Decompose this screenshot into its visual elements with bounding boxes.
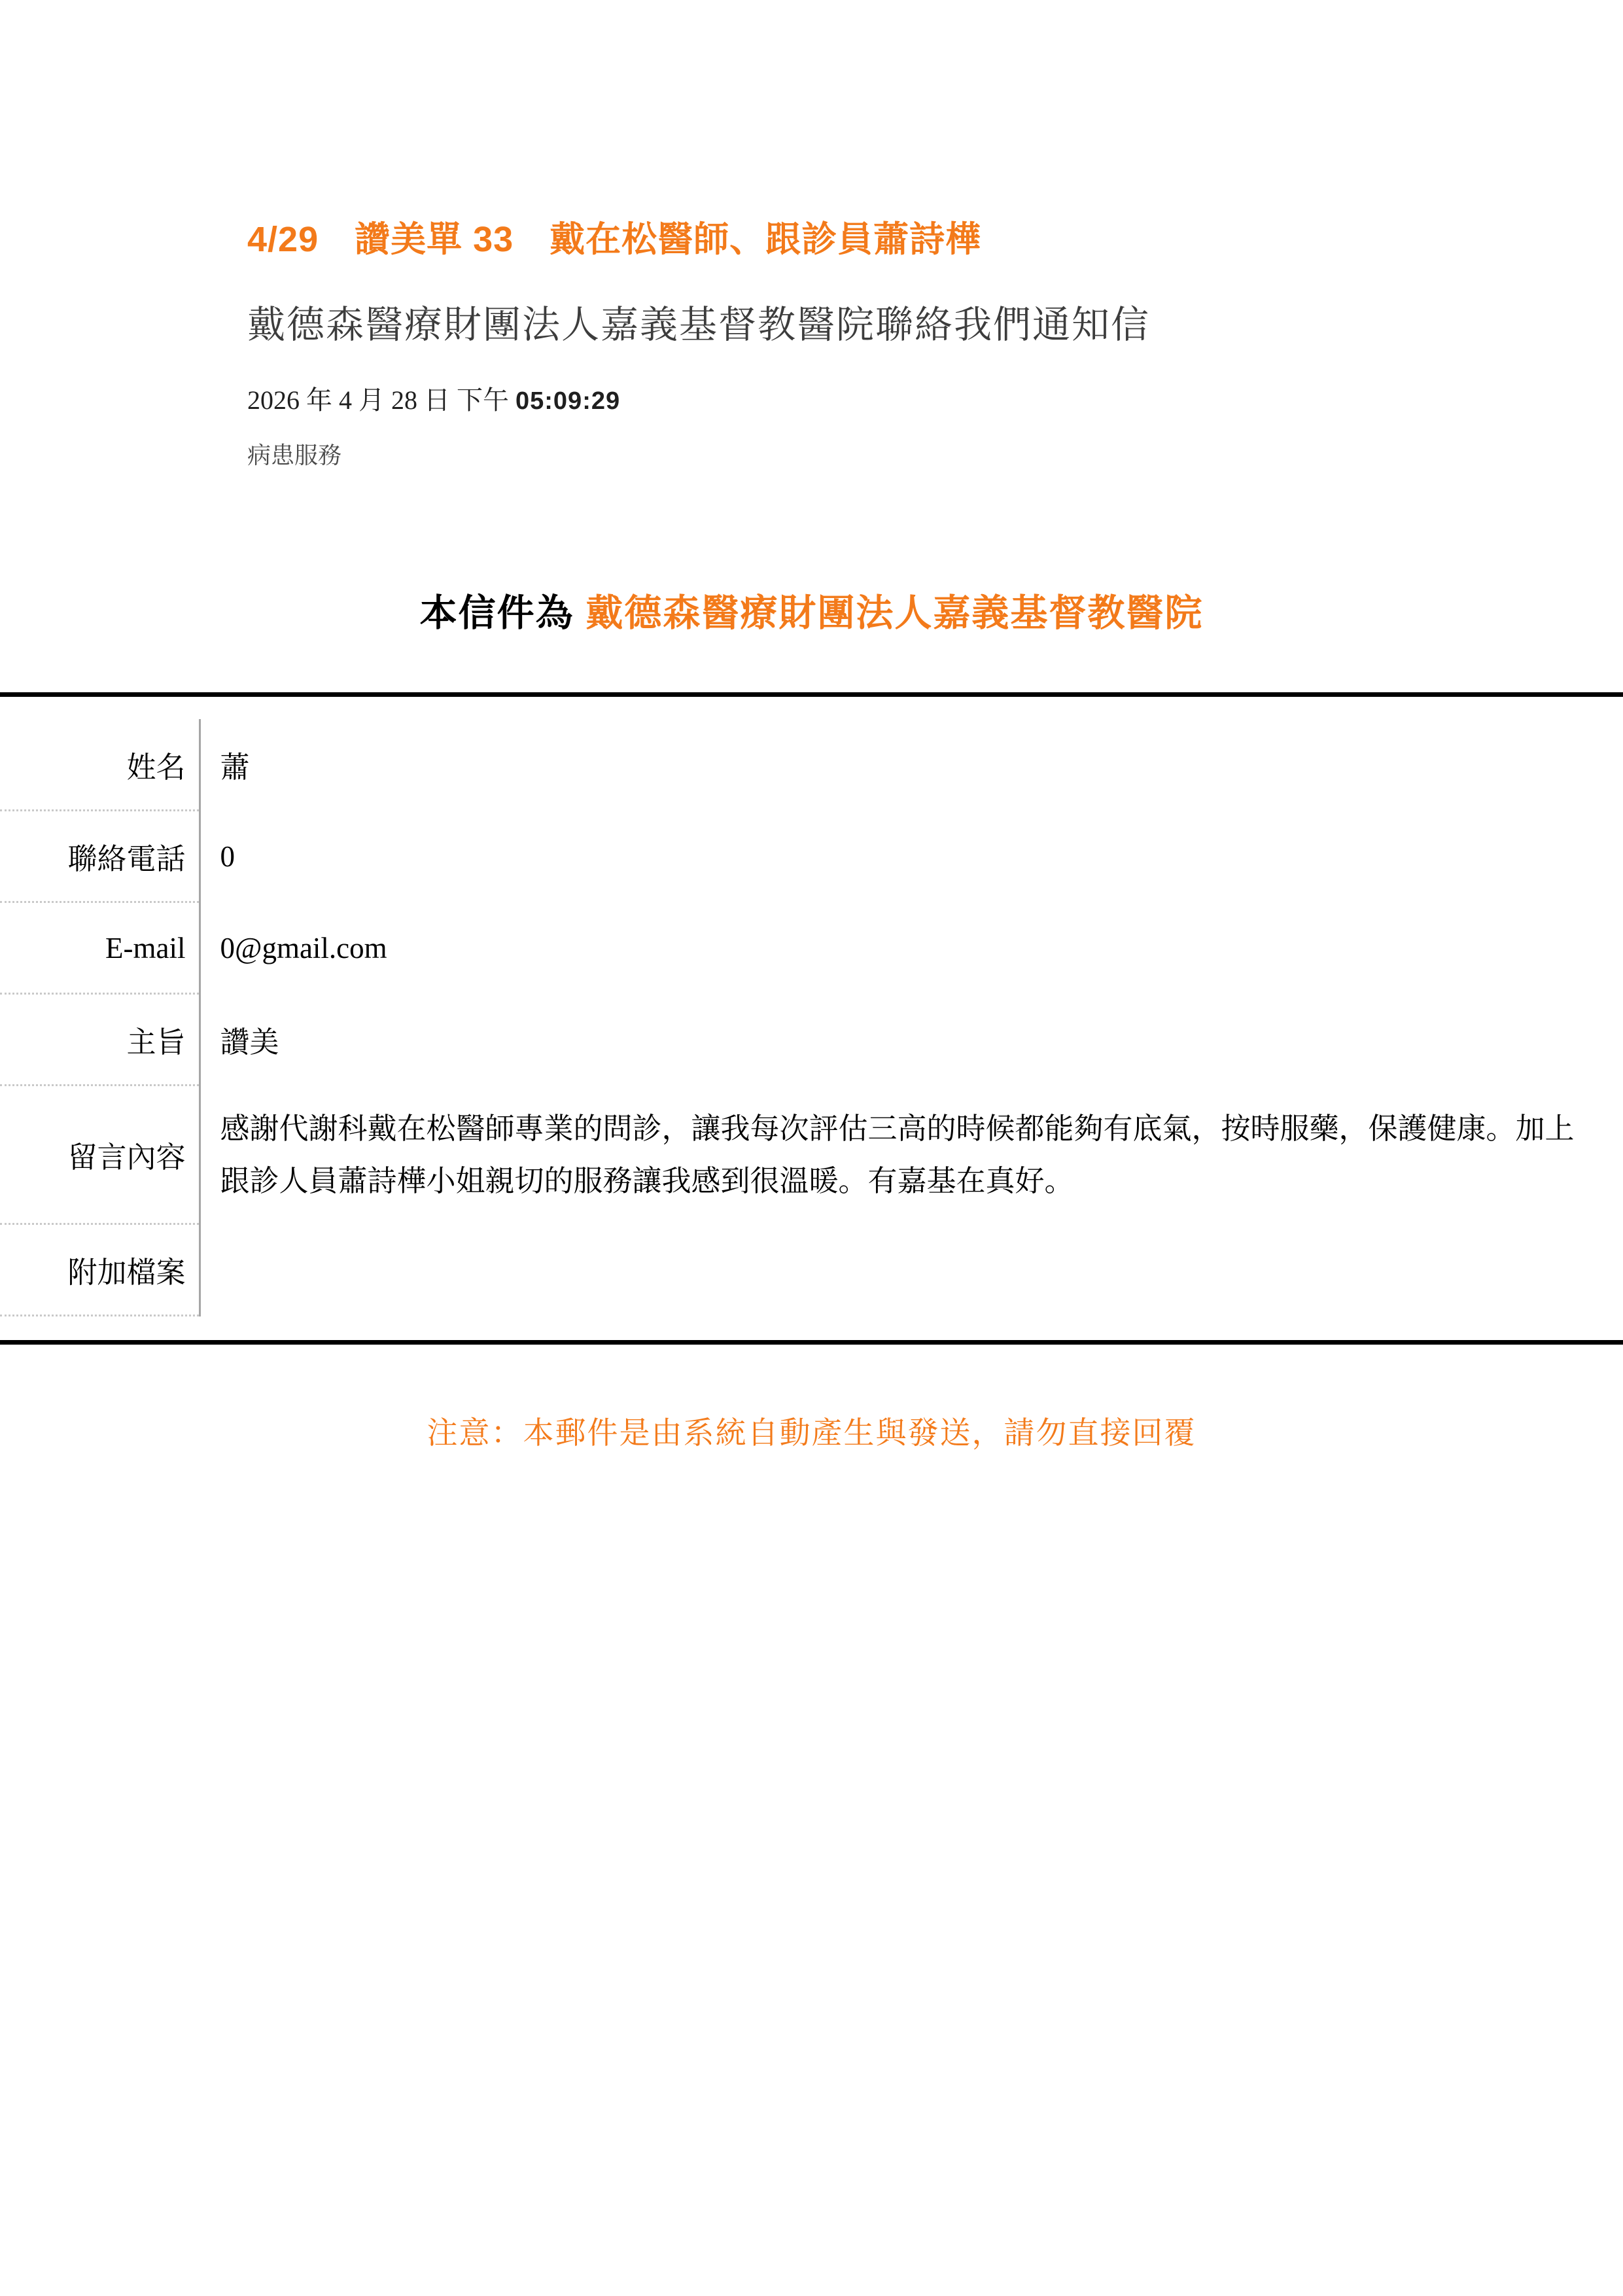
divider-bottom xyxy=(0,1340,1623,1345)
contact-form-table: 姓名 蕭 聯絡電話 0 E-mail 0@gmail.com 主旨 讚美 留言內… xyxy=(0,719,1623,1317)
row-label: 留言內容 xyxy=(0,1086,200,1224)
mail-for-label: 本信件為 xyxy=(420,592,574,634)
row-value: 感謝代謝科戴在松醫師專業的問診，讓我每次評估三高的時候都能夠有底氣，按時服藥，保… xyxy=(200,1086,1623,1224)
datetime-line: 2026 年 4 月 28 日 下午 05:09:29 xyxy=(247,384,1558,417)
date-text: 2026 年 4 月 28 日 下午 xyxy=(247,385,509,415)
row-label: E-mail xyxy=(0,902,200,994)
mail-for-line: 本信件為 戴德森醫療財團法人嘉義基督教醫院 xyxy=(0,590,1623,637)
table-row: 姓名 蕭 xyxy=(0,719,1623,811)
email-header: 4/29 讚美單 33 戴在松醫師、跟診員蕭詩樺 戴德森醫療財團法人嘉義基督教醫… xyxy=(0,0,1623,469)
row-value: 0@gmail.com xyxy=(200,902,1623,994)
notice-text: 注意：本郵件是由系統自動產生與發送，請勿直接回覆 xyxy=(0,1413,1623,1453)
table-row: 附加檔案 xyxy=(0,1224,1623,1316)
subject-line: 戴德森醫療財團法人嘉義基督教醫院聯絡我們通知信 xyxy=(247,302,1558,349)
row-label: 聯絡電話 xyxy=(0,811,200,902)
row-value: 蕭 xyxy=(200,719,1623,811)
table-row: E-mail 0@gmail.com xyxy=(0,902,1623,994)
row-label: 主旨 xyxy=(0,994,200,1086)
table-row: 聯絡電話 0 xyxy=(0,811,1623,902)
row-label: 附加檔案 xyxy=(0,1224,200,1316)
time-text: 05:09:29 xyxy=(515,387,620,415)
row-value: 讚美 xyxy=(200,994,1623,1086)
table-row: 留言內容 感謝代謝科戴在松醫師專業的問診，讓我每次評估三高的時候都能夠有底氣，按… xyxy=(0,1086,1623,1224)
email-page: 4/29 讚美單 33 戴在松醫師、跟診員蕭詩樺 戴德森醫療財團法人嘉義基督教醫… xyxy=(0,0,1623,2296)
row-value: 0 xyxy=(200,811,1623,902)
row-label: 姓名 xyxy=(0,719,200,811)
mail-for-hospital-name: 戴德森醫療財團法人嘉義基督教醫院 xyxy=(585,592,1203,634)
row-value xyxy=(200,1224,1623,1316)
table-row: 主旨 讚美 xyxy=(0,994,1623,1086)
page-title: 4/29 讚美單 33 戴在松醫師、跟診員蕭詩樺 xyxy=(247,218,1558,262)
category-label: 病患服務 xyxy=(247,441,1558,469)
divider-top xyxy=(0,692,1623,697)
